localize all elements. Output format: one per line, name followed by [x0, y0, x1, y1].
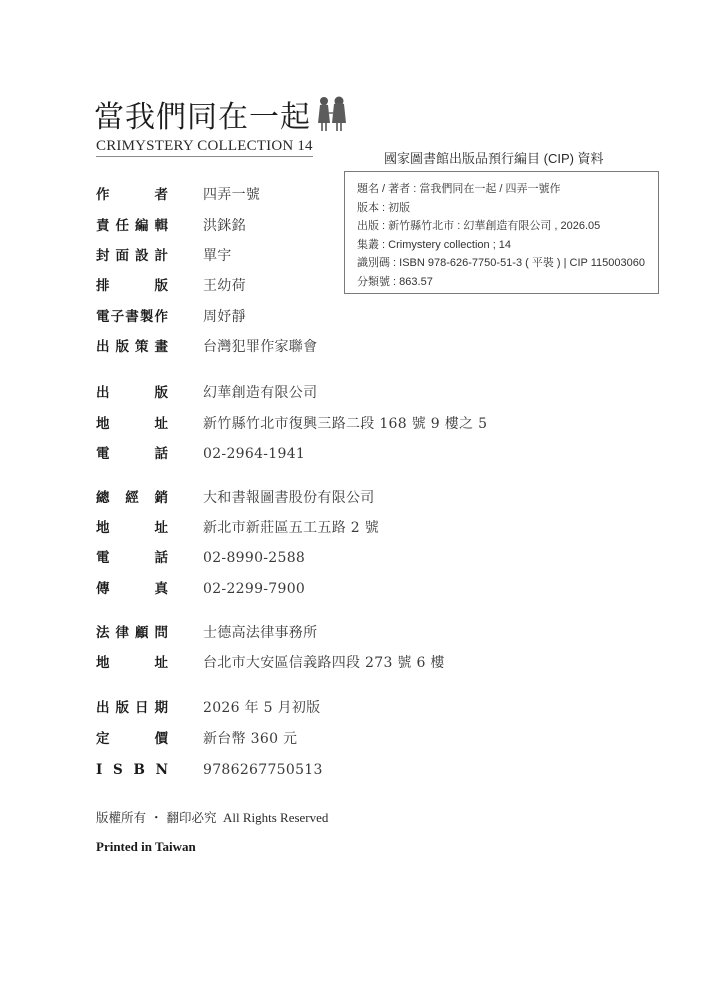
row-label: 封面設計 [96, 245, 168, 267]
row-label: 責任編輯 [96, 215, 168, 237]
row-value: 大和書報圖書股份有限公司 [203, 487, 375, 509]
cip-publication: 出版 : 新竹縣竹北市 : 幻華創造有限公司 , 2026.05 [357, 217, 658, 236]
row-label: 出版策畫 [96, 336, 168, 358]
row-value: 02-8990-2588 [203, 547, 305, 569]
cip-title-author: 題名 / 著者 : 當我們同在一起 / 四弄一號作 [357, 180, 658, 199]
row-label: ISBN [96, 759, 168, 781]
copyright-cjk: 版權所有 ・ 翻印必究 [96, 810, 216, 825]
cip-edition: 版本 : 初版 [357, 199, 658, 218]
row-value: 台灣犯罪作家聯會 [203, 336, 317, 358]
row-label: 地址 [96, 517, 168, 539]
cip-series: 集叢 : Crimystery collection ; 14 [357, 236, 658, 255]
row-label: 作者 [96, 184, 168, 206]
series-name: CRIMYSTERY COLLECTION 14 [96, 138, 313, 157]
row-label: 電話 [96, 547, 168, 569]
cip-heading: 國家圖書館出版品預行編目 (CIP) 資料 [384, 148, 604, 167]
row-label: 傳真 [96, 578, 168, 600]
row-label: 法律顧問 [96, 622, 168, 644]
book-title: 當我們同在一起 [94, 92, 311, 136]
row-value: 士德高法律事務所 [203, 622, 317, 644]
printed-in: Printed in Taiwan [96, 839, 196, 855]
row-value: 新台幣 360 元 [203, 728, 297, 750]
row-value: 四弄一號 [203, 184, 260, 206]
row-value: 洪銤銘 [203, 215, 246, 237]
row-label: 總經銷 [96, 487, 168, 509]
row-label: 排版 [96, 275, 168, 297]
row-value: 2026 年 5 月初版 [203, 697, 321, 719]
cip-data-box: 題名 / 著者 : 當我們同在一起 / 四弄一號作 版本 : 初版 出版 : 新… [344, 171, 659, 294]
row-value: 周妤靜 [203, 306, 246, 328]
row-value: 9786267750513 [203, 759, 323, 781]
row-label: 地址 [96, 413, 168, 435]
row-label: 出版日期 [96, 697, 168, 719]
row-label: 電子書製作 [96, 306, 168, 328]
two-girls-silhouette-icon [314, 95, 350, 135]
row-value: 單宇 [203, 245, 232, 267]
row-label: 地址 [96, 652, 168, 674]
row-label: 出版 [96, 382, 168, 404]
copyright-en: All Rights Reserved [223, 810, 328, 825]
row-value: 幻華創造有限公司 [203, 382, 317, 404]
row-label: 定價 [96, 728, 168, 750]
row-value: 新北市新莊區五工五路 2 號 [203, 517, 379, 539]
copyright-notice: 版權所有 ・ 翻印必究 All Rights Reserved [96, 808, 328, 826]
row-label: 電話 [96, 443, 168, 465]
cip-classification: 分類號 : 863.57 [357, 273, 658, 292]
row-value: 台北市大安區信義路四段 273 號 6 樓 [203, 652, 445, 674]
row-value: 02-2964-1941 [203, 443, 305, 465]
cip-identifier: 識別碼 : ISBN 978-626-7750-51-3 ( 平裝 ) | CI… [357, 254, 658, 273]
row-value: 王幼荷 [203, 275, 246, 297]
row-value: 02-2299-7900 [203, 578, 305, 600]
row-value: 新竹縣竹北市復興三路二段 168 號 9 樓之 5 [203, 413, 487, 435]
